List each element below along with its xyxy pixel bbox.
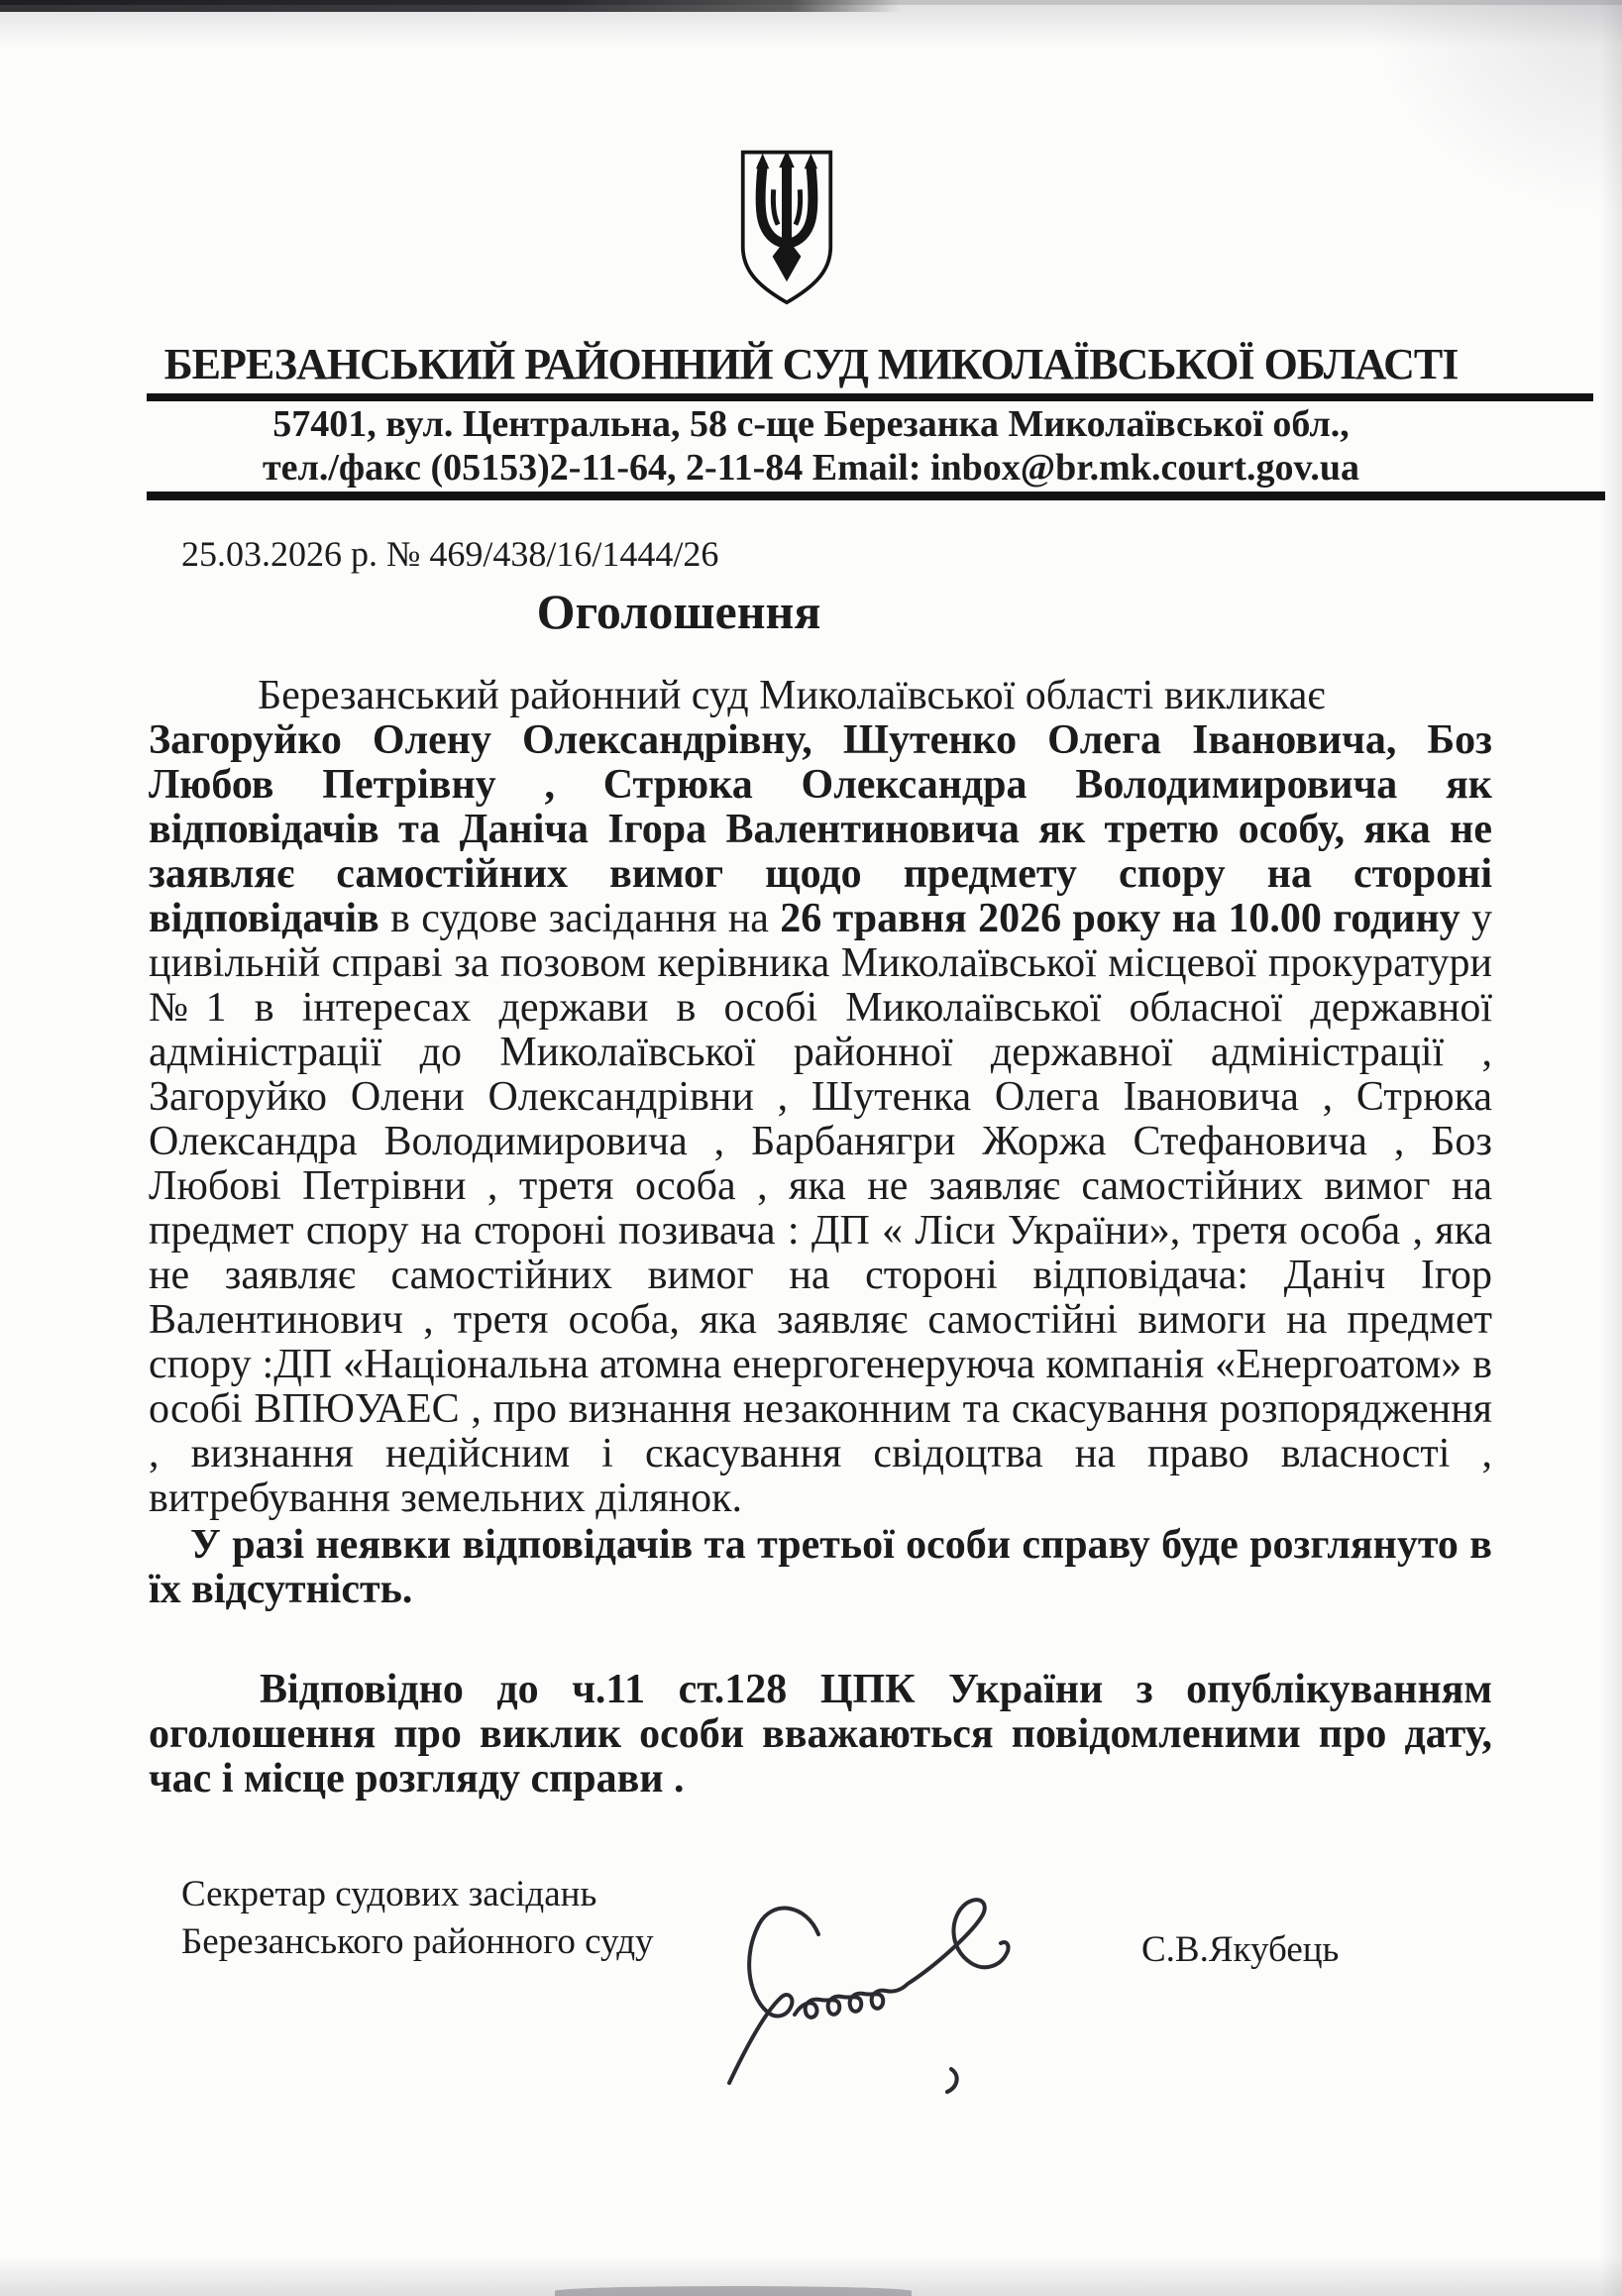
- legal-basis-paragraph: Відповідно до ч.11 ст.128 ЦПК України з …: [149, 1668, 1492, 1802]
- signatory-name: С.В.Якубець: [1141, 1928, 1339, 1971]
- document-body: Березанський районний суд Миколаївської …: [149, 674, 1492, 1802]
- document-date-and-number: 25.03.2026 р. № 469/438/16/1444/26: [181, 533, 718, 575]
- hearing-date-bold: 26 травня 2026 року на 10.00 годину: [780, 896, 1460, 941]
- document-title: Оголошення: [381, 583, 976, 640]
- absence-warning-paragraph: У разі неявки відповідачів та третьої ос…: [149, 1523, 1492, 1612]
- ukraine-trident-icon: [730, 146, 843, 310]
- court-name-heading: БЕРЕЗАНСЬКИЙ РАЙОННИЙ СУД МИКОЛАЇВСЬКОЇ …: [0, 339, 1622, 389]
- summons-mid-text: в судове засідання на: [379, 896, 781, 941]
- signatory-role-line2: Березанського районного суду: [181, 1918, 654, 1966]
- header-rule-bottom: [147, 492, 1605, 500]
- case-details-text: у цивільній справі за позовом керівника …: [149, 896, 1492, 1521]
- signatory-role: Секретар судових засідань Березанського …: [181, 1871, 654, 1966]
- scanned-court-document: БЕРЕЗАНСЬКИЙ РАЙОННИЙ СУД МИКОЛАЇВСЬКОЇ …: [0, 0, 1622, 2296]
- court-address-line: 57401, вул. Центральна, 58 с-ще Березанк…: [0, 402, 1622, 446]
- summons-paragraph: Березанський районний суд Миколаївської …: [149, 674, 1492, 1521]
- scan-artifact-bottom-smudge: [555, 2286, 912, 2296]
- handwritten-signature-icon: [654, 1895, 1096, 2098]
- summons-intro: Березанський районний суд Миколаївської …: [258, 673, 1325, 718]
- scan-artifact-corner-smudge: [1364, 0, 1622, 218]
- court-contact-line: тел./факс (05153)2-11-64, 2-11-84 Email:…: [0, 446, 1622, 490]
- header-rule-top: [147, 393, 1593, 401]
- signatory-role-line1: Секретар судових засідань: [181, 1871, 654, 1918]
